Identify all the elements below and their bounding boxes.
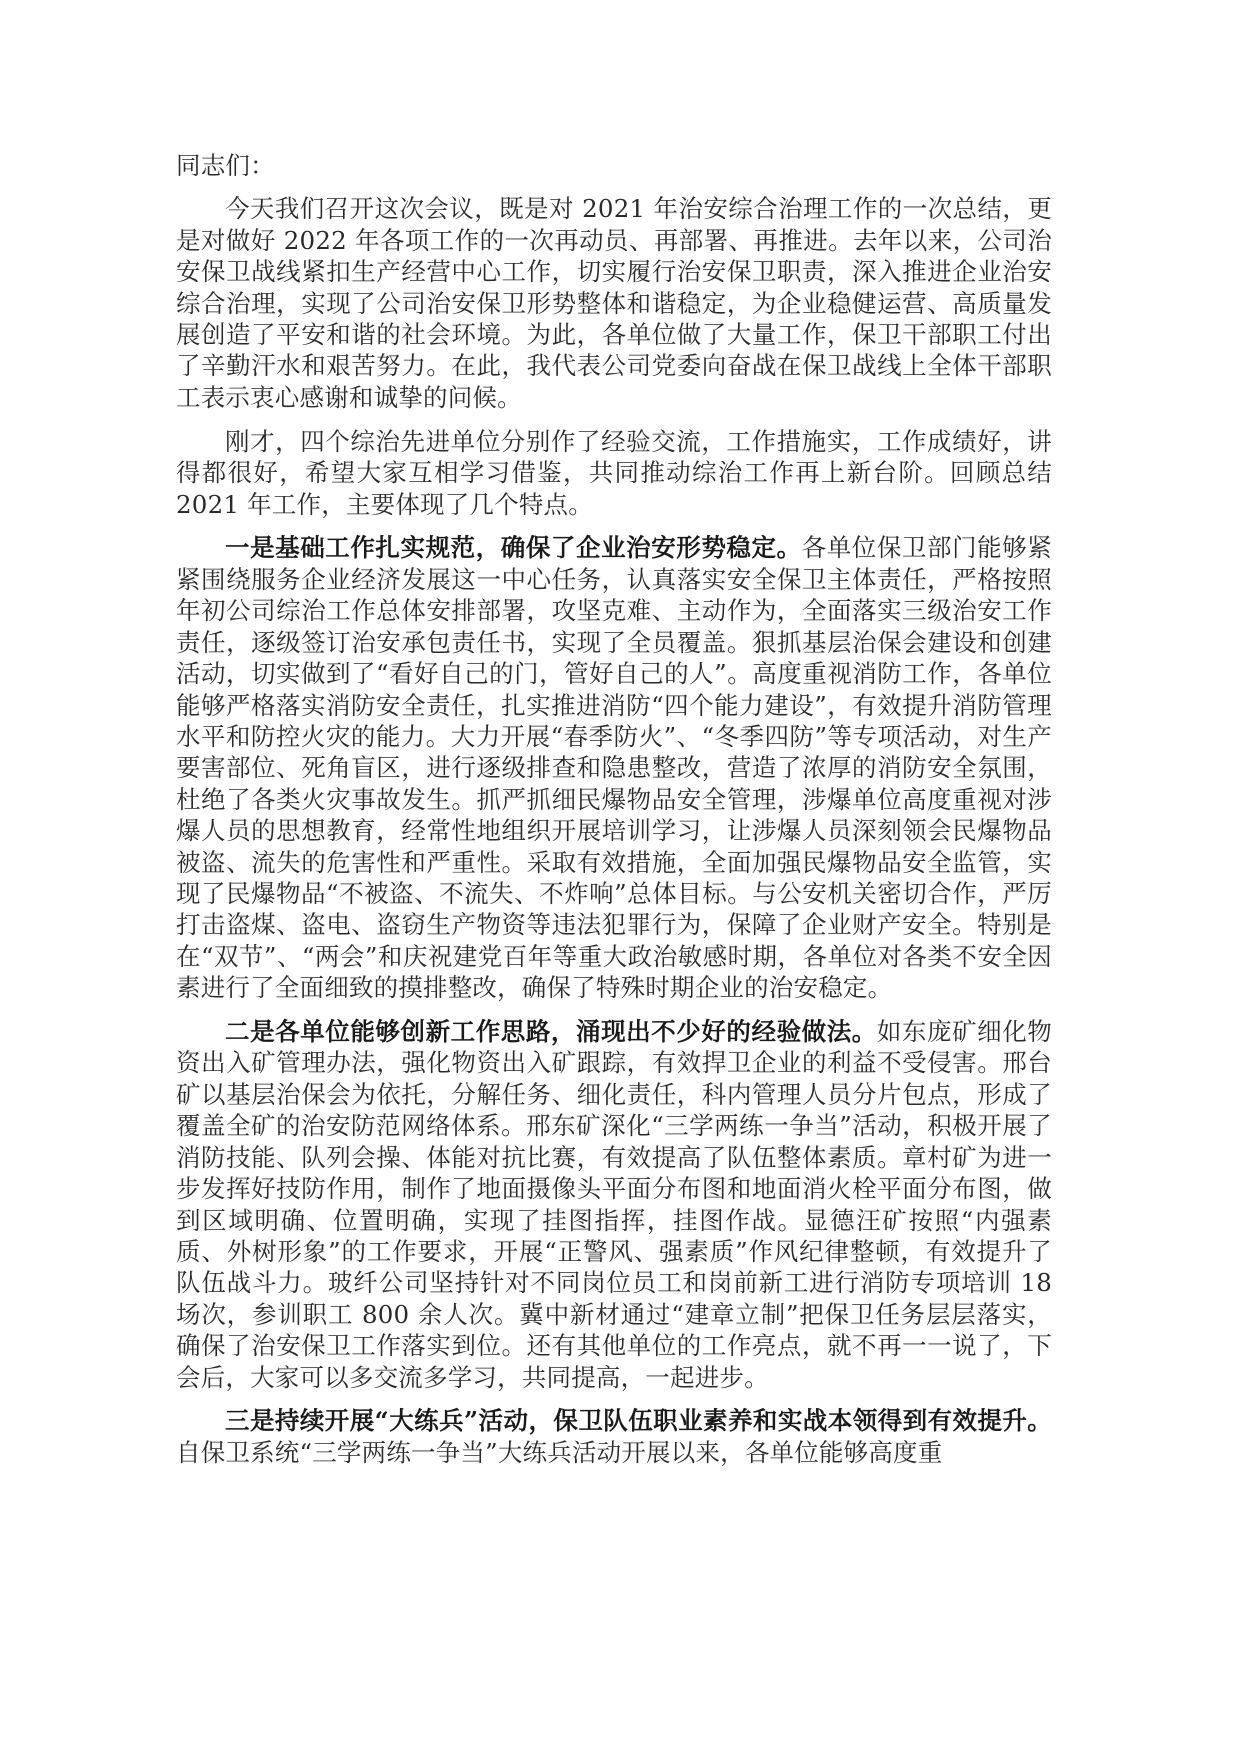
paragraph-point-two: 二是各单位能够创新工作思路，涌现出不少好的经验做法。如东庞矿细化物资出入矿管理办…	[176, 1016, 1052, 1393]
paragraph-text: 各单位保卫部门能够紧紧围绕服务企业经济发展这一中心任务，认真落实安全保卫主体责任…	[176, 533, 1052, 1002]
document-page: 同志们： 今天我们召开这次会议，既是对 2021 年治安综合治理工作的一次总结，…	[176, 150, 1052, 1481]
salutation: 同志们：	[176, 150, 1052, 181]
paragraph-text: 自保卫系统“三学两练一争当”大练兵活动开展以来，各单位能够高度重	[176, 1438, 942, 1467]
paragraph-lead: 一是基础工作扎实规范，确保了企业治安形势稳定。	[225, 533, 802, 562]
paragraph-text: 如东庞矿细化物资出入矿管理办法，强化物资出入矿跟踪，有效捍卫企业的利益不受侵害。…	[176, 1017, 1052, 1391]
paragraph-point-one: 一是基础工作扎实规范，确保了企业治安形势稳定。各单位保卫部门能够紧紧围绕服务企业…	[176, 532, 1052, 1003]
paragraph-point-three: 三是持续开展“大练兵”活动，保卫队伍职业素养和实战本领得到有效提升。自保卫系统“…	[176, 1405, 1052, 1468]
paragraph-opening: 今天我们召开这次会议，既是对 2021 年治安综合治理工作的一次总结，更是对做好…	[176, 193, 1052, 413]
paragraph-text: 今天我们召开这次会议，既是对 2021 年治安综合治理工作的一次总结，更是对做好…	[176, 194, 1052, 411]
paragraph-lead: 二是各单位能够创新工作思路，涌现出不少好的经验做法。	[225, 1017, 877, 1046]
paragraph-lead: 三是持续开展“大练兵”活动，保卫队伍职业素养和实战本领得到有效提升。	[225, 1406, 1052, 1435]
paragraph-text: 刚才，四个综治先进单位分别作了经验交流，工作措施实，工作成绩好，讲得都很好，希望…	[176, 427, 1052, 519]
paragraph-review: 刚才，四个综治先进单位分别作了经验交流，工作措施实，工作成绩好，讲得都很好，希望…	[176, 426, 1052, 520]
